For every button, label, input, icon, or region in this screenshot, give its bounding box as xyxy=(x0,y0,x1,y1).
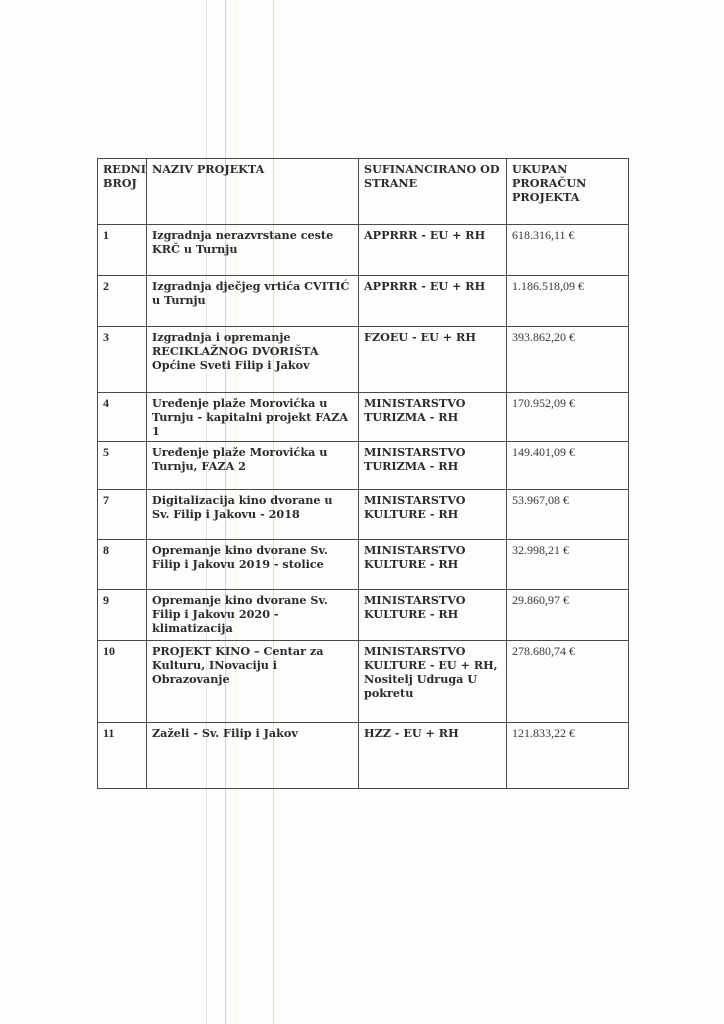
table-header-row: REDNI BROJ NAZIV PROJEKTA SUFINANCIRANO … xyxy=(98,159,629,225)
project-name: Digitalizacija kino dvorane u Sv. Filip … xyxy=(147,490,359,540)
budget-amount: 53.967,08 € xyxy=(507,490,629,540)
budget-amount: 121.833,22 € xyxy=(507,723,629,789)
budget-amount: 618.316,11 € xyxy=(507,225,629,276)
row-number: 9 xyxy=(98,590,147,641)
project-name: Izgradnja dječjeg vrtića CVITIĆ u Turnju xyxy=(147,276,359,327)
row-number: 10 xyxy=(98,641,147,723)
project-name: Opremanje kino dvorane Sv. Filip i Jakov… xyxy=(147,540,359,590)
project-name: Izgradnja i opremanje RECIKLAŽNOG DVORIŠ… xyxy=(147,327,359,393)
table-row: 7Digitalizacija kino dvorane u Sv. Filip… xyxy=(98,490,629,540)
row-number: 5 xyxy=(98,442,147,490)
project-name: Opremanje kino dvorane Sv. Filip i Jakov… xyxy=(147,590,359,641)
row-number: 4 xyxy=(98,393,147,442)
table-row: 3Izgradnja i opremanje RECIKLAŽNOG DVORI… xyxy=(98,327,629,393)
table-row: 10PROJEKT KINO – Centar za Kulturu, INov… xyxy=(98,641,629,723)
table-row: 4Uređenje plaže Morovićka u Turnju - kap… xyxy=(98,393,629,442)
funder: MINISTARSTVO TURIZMA - RH xyxy=(359,393,507,442)
table-row: 11Zaželi - Sv. Filip i JakovHZZ - EU + R… xyxy=(98,723,629,789)
table-row: 5Uređenje plaže Morovićka u Turnju, FAZA… xyxy=(98,442,629,490)
row-number: 7 xyxy=(98,490,147,540)
table-row: 1Izgradnja nerazvrstane ceste KRČ u Turn… xyxy=(98,225,629,276)
funder: MINISTARSTVO TURIZMA - RH xyxy=(359,442,507,490)
budget-amount: 149.401,09 € xyxy=(507,442,629,490)
budget-amount: 278.680,74 € xyxy=(507,641,629,723)
row-number: 2 xyxy=(98,276,147,327)
funder: MINISTARSTVO KULTURE - RH xyxy=(359,590,507,641)
budget-amount: 32.998,21 € xyxy=(507,540,629,590)
table-row: 9Opremanje kino dvorane Sv. Filip i Jako… xyxy=(98,590,629,641)
funder: APPRRR - EU + RH xyxy=(359,225,507,276)
project-name: PROJEKT KINO – Centar za Kulturu, INovac… xyxy=(147,641,359,723)
table-row: 2Izgradnja dječjeg vrtića CVITIĆ u Turnj… xyxy=(98,276,629,327)
project-name: Uređenje plaže Morovićka u Turnju, FAZA … xyxy=(147,442,359,490)
header-naziv-projekta: NAZIV PROJEKTA xyxy=(147,159,359,225)
funder: MINISTARSTVO KULTURE - RH xyxy=(359,490,507,540)
funder: FZOEU - EU + RH xyxy=(359,327,507,393)
budget-amount: 170.952,09 € xyxy=(507,393,629,442)
funder: MINISTARSTVO KULTURE - RH xyxy=(359,540,507,590)
row-number: 8 xyxy=(98,540,147,590)
project-name: Uređenje plaže Morovićka u Turnju - kapi… xyxy=(147,393,359,442)
header-sufinancirano: SUFINANCIRANO OD STRANE xyxy=(359,159,507,225)
row-number: 3 xyxy=(98,327,147,393)
row-number: 1 xyxy=(98,225,147,276)
funder: MINISTARSTVO KULTURE - EU + RH, Nositelj… xyxy=(359,641,507,723)
row-number: 11 xyxy=(98,723,147,789)
project-name: Zaželi - Sv. Filip i Jakov xyxy=(147,723,359,789)
table-row: 8Opremanje kino dvorane Sv. Filip i Jako… xyxy=(98,540,629,590)
funder: APPRRR - EU + RH xyxy=(359,276,507,327)
header-proracun: UKUPAN PRORAČUN PROJEKTA xyxy=(507,159,629,225)
funder: HZZ - EU + RH xyxy=(359,723,507,789)
project-name: Izgradnja nerazvrstane ceste KRČ u Turnj… xyxy=(147,225,359,276)
budget-amount: 29.860,97 € xyxy=(507,590,629,641)
projects-table: REDNI BROJ NAZIV PROJEKTA SUFINANCIRANO … xyxy=(97,158,629,789)
budget-amount: 393.862,20 € xyxy=(507,327,629,393)
budget-amount: 1.186.518,09 € xyxy=(507,276,629,327)
header-redni-broj: REDNI BROJ xyxy=(98,159,147,225)
